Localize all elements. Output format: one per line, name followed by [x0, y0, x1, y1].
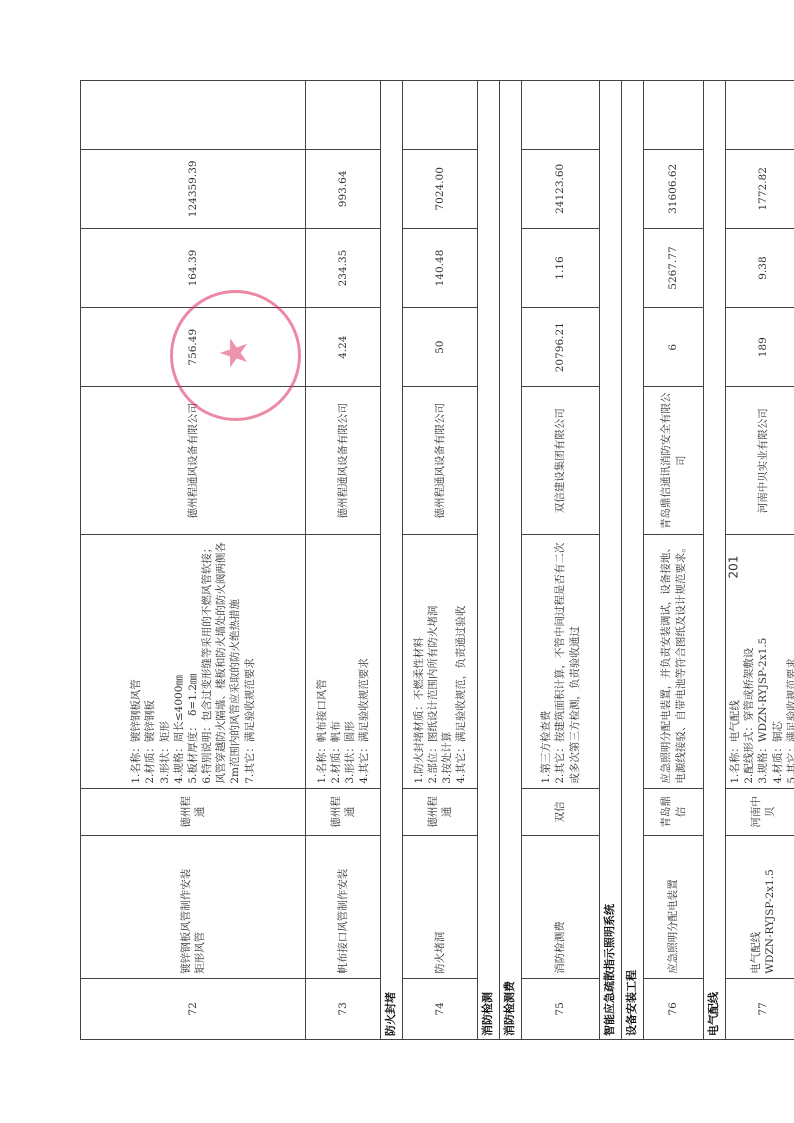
supplier: 河南中贝实业有限公司	[726, 387, 794, 535]
table-row: 74 防火堵洞 德州程通 1.防火封堵材质：不燃柔性材料 2.部位：图纸设计范围…	[403, 81, 478, 1040]
remark	[644, 81, 704, 150]
remark	[726, 81, 794, 150]
row-no: 76	[644, 978, 704, 1039]
remark	[403, 81, 478, 150]
section-title: 智能应急疏散指示照明系统	[600, 81, 622, 1040]
total-price: 24123.60	[522, 149, 600, 228]
section-header: 消防检测费	[500, 81, 522, 1040]
item-name: 帆布接口风管制作安装	[306, 836, 381, 979]
row-no: 74	[403, 978, 478, 1039]
supplier: 双信建设集团有限公司	[522, 387, 600, 535]
section-header: 设备安装工程	[622, 81, 644, 1040]
section-title: 防火封堵	[381, 81, 403, 1040]
section-header: 智能应急疏散指示照明系统	[600, 81, 622, 1040]
brand: 河南中贝	[726, 788, 794, 836]
section-header: 消防检测	[478, 81, 500, 1040]
row-no: 75	[522, 978, 600, 1039]
unit-price: 9.38	[726, 228, 794, 307]
brand: 德州程通	[81, 788, 306, 836]
row-no: 72	[81, 978, 306, 1039]
section-title: 设备安装工程	[622, 81, 644, 1040]
total-price: 124359.39	[81, 149, 306, 228]
unit-price: 234.35	[306, 228, 381, 307]
quantity: 756.49	[81, 308, 306, 387]
item-description: 应急照明分配电装置，并负责安装调试，设备接地、电源线接驳、自带电池等符合图纸及设…	[644, 535, 704, 788]
item-name: 消防检测费	[522, 836, 600, 979]
item-name: 电气配线 WDZN-RYJSP-2x1.5	[726, 836, 794, 979]
remark	[522, 81, 600, 150]
total-price: 993.64	[306, 149, 381, 228]
table-row: 72 镀锌钢板风管制作安装 矩形风管 德州程通 1.名称：镀锌钢板风管 2.材质…	[81, 81, 306, 1040]
total-price: 1772.82	[726, 149, 794, 228]
table-row: 75 消防检测费 双信 1.第三方检查费 2.其它：按建筑面积计算，不管中间过程…	[522, 81, 600, 1040]
table-row: 76 应急照明分配电装置 青岛鼎信 应急照明分配电装置，并负责安装调试，设备接地…	[644, 81, 704, 1040]
supplier: 青岛鼎信通讯消防安全有限公司	[644, 387, 704, 535]
remark	[306, 81, 381, 150]
row-no: 77	[726, 978, 794, 1039]
quantity: 6	[644, 308, 704, 387]
brand: 德州程通	[403, 788, 478, 836]
supplier: 德州程通风设备有限公司	[403, 387, 478, 535]
brand: 双信	[522, 788, 600, 836]
table-row: 73 帆布接口风管制作安装 德州程通 1.名称：帆布接口风管 2.材质：帆布 3…	[306, 81, 381, 1040]
section-header: 电气配线	[704, 81, 726, 1040]
quantity: 4.24	[306, 308, 381, 387]
section-title: 消防检测费	[500, 81, 522, 1040]
item-description: 1.名称：镀锌钢板风管 2.材质：镀锌钢板 3.形状：矩形 4.规格：周长≤40…	[81, 535, 306, 788]
section-title: 电气配线	[704, 81, 726, 1040]
page-number: 201	[726, 556, 740, 579]
section-title: 消防检测	[478, 81, 500, 1040]
total-price: 31606.62	[644, 149, 704, 228]
item-name: 镀锌钢板风管制作安装 矩形风管	[81, 836, 306, 979]
remark	[81, 81, 306, 150]
brand: 德州程通	[306, 788, 381, 836]
brand: 青岛鼎信	[644, 788, 704, 836]
item-description: 1.第三方检查费 2.其它：按建筑面积计算，不管中间过程是否有二次或多次第三方检…	[522, 535, 600, 788]
unit-price: 140.48	[403, 228, 478, 307]
section-header: 防火封堵	[381, 81, 403, 1040]
unit-price: 1.16	[522, 228, 600, 307]
supplier: 德州程通风设备有限公司	[81, 387, 306, 535]
item-name: 应急照明分配电装置	[644, 836, 704, 979]
quantity: 50	[403, 308, 478, 387]
price-table: 72 镀锌钢板风管制作安装 矩形风管 德州程通 1.名称：镀锌钢板风管 2.材质…	[80, 80, 794, 1040]
rotated-table-container: 72 镀锌钢板风管制作安装 矩形风管 德州程通 1.名称：镀锌钢板风管 2.材质…	[80, 80, 710, 1040]
unit-price: 5267.77	[644, 228, 704, 307]
quantity: 20796.21	[522, 308, 600, 387]
item-description: 1.防火封堵材质：不燃柔性材料 2.部位：图纸设计范围内所有防火堵洞 3.按处计…	[403, 535, 478, 788]
quantity: 189	[726, 308, 794, 387]
row-no: 73	[306, 978, 381, 1039]
item-name: 防火堵洞	[403, 836, 478, 979]
supplier: 德州程通风设备有限公司	[306, 387, 381, 535]
item-description: 1.名称：帆布接口风管 2.材质：帆布 3.形状：圆形 4.其它：满足验收规范要…	[306, 535, 381, 788]
unit-price: 164.39	[81, 228, 306, 307]
total-price: 7024.00	[403, 149, 478, 228]
